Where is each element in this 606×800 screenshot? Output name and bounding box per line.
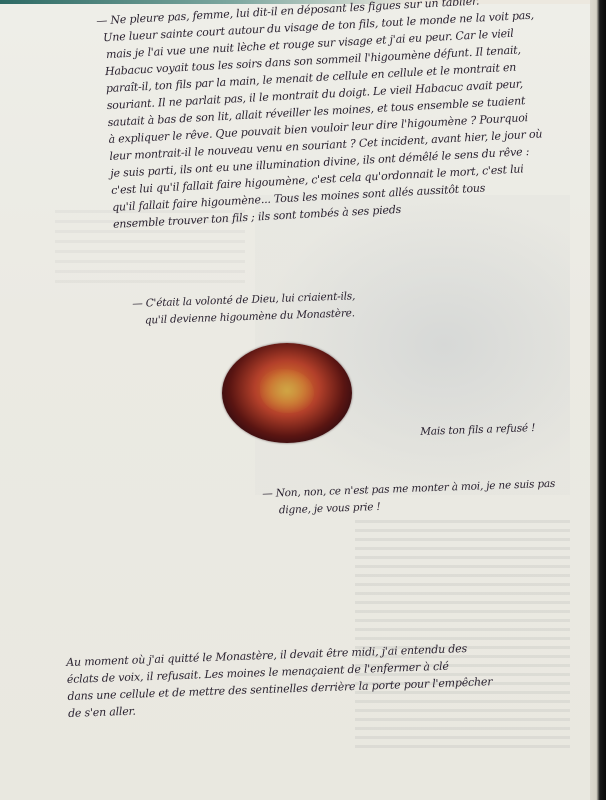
manuscript-page: — Ne pleure pas, femme, lui dit-il en dé… xyxy=(0,0,590,800)
bleed-through-text xyxy=(355,520,570,750)
handwritten-paragraph-1: — Ne pleure pas, femme, lui dit-il en dé… xyxy=(30,0,546,237)
page-right-edge xyxy=(590,0,606,800)
tomato-illustration xyxy=(222,343,352,443)
